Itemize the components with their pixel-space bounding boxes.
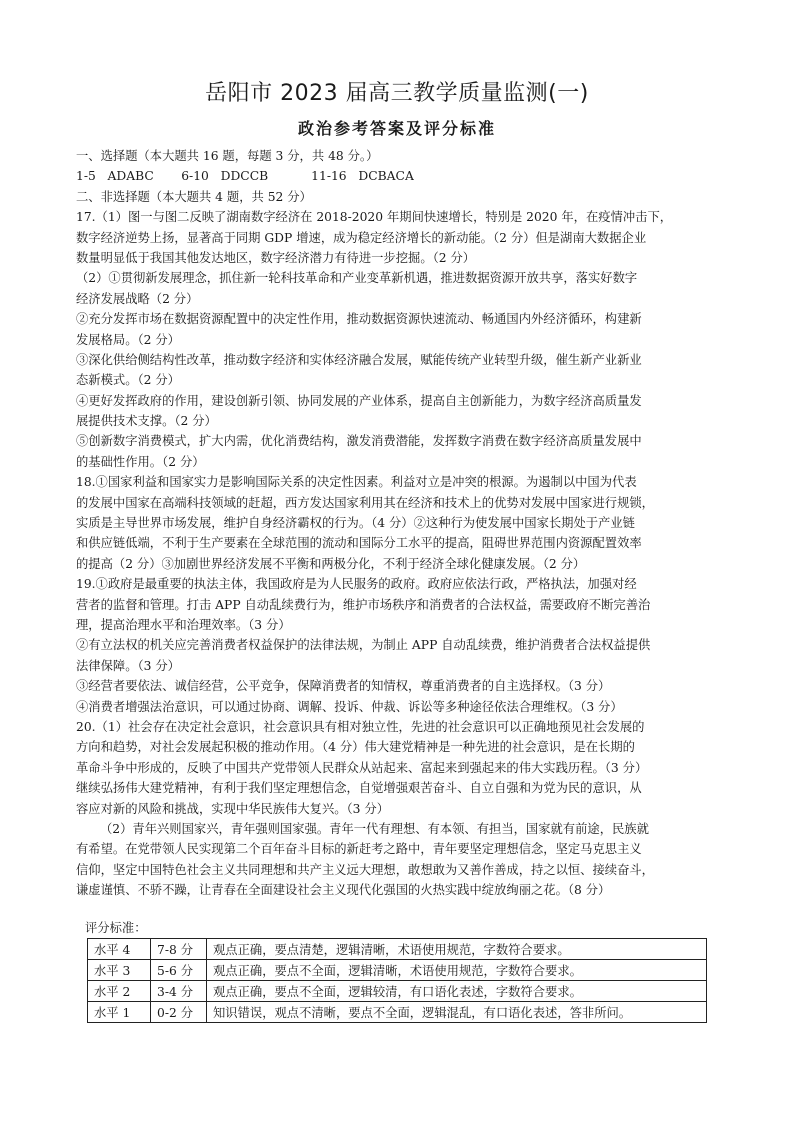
answer-keys: ADABC [108,169,154,183]
q18-line: 和供应链低端，不利于生产要素在全球范围的流动和国际分工水平的提高，阻碍世界范围内… [76,533,726,553]
answer-range: 6-10 [181,169,209,183]
document-subtitle: 政治参考答案及评分标准 [0,116,794,139]
level-cell: 水平 2 [88,981,151,1002]
q17-line: 经济发展战略（2 分） [76,289,726,309]
q19-line: 19.①政府是最重要的执法主体，我国政府是为人民服务的政府。政府应依法行政，严格… [76,574,726,594]
q17-line: （2）①贯彻新发展理念，抓住新一轮科技革命和产业变革新机遇，推进数据资源开放共享… [76,268,726,288]
q20-line: （2）青年兴则国家兴，青年强则国家强。青年一代有理想、有本领、有担当，国家就有前… [76,819,726,839]
q20-line: 革命斗争中形成的，反映了中国共产党带领人民群众从站起来、富起来到强起来的伟大实践… [76,758,726,778]
q20-line: 方向和趋势，对社会发展起积极的推动作用。（4 分）伟大建党精神是一种先进的社会意… [76,737,726,757]
score-cell: 3-4 分 [151,981,207,1002]
q20-line: 信仰，坚定中国特色社会主义共同理想和共产主义远大理想，敢想敢为又善作善成，持之以… [76,860,726,880]
document-title: 岳阳市 2023 届高三教学质量监测(一) [0,76,794,107]
q19-line: 法律保障。（3 分） [76,656,726,676]
q19-line: ③经营者要依法、诚信经营，公平竞争，保障消费者的知情权，尊重消费者的自主选择权。… [76,676,726,696]
q20-line: 容应对新的风险和挑战，实现中华民族伟大复兴。（3 分） [76,799,726,819]
rubric-label: 评分标准： [85,918,147,936]
q17-line: 展提供技术支撑。（2 分） [76,411,726,431]
description-cell: 观点正确，要点清楚，逻辑清晰，术语使用规范，字数符合要求。 [207,939,707,960]
q18-line: 的发展中国家在高端科技领域的赶超，西方发达国家利用其在经济和技术上的优势对发展中… [76,493,726,513]
answer-range: 1-5 [76,169,96,183]
level-cell: 水平 4 [88,939,151,960]
q19-line: 理，提高治理水平和治理效率。（3 分） [76,615,726,635]
section-heading-nonchoice: 二、非选择题（本大题共 4 题，共 52 分） [76,187,726,207]
score-cell: 0-2 分 [151,1002,207,1023]
answer-body: 一、选择题（本大题共 16 题，每题 3 分，共 48 分。） 1-5 ADAB… [76,146,726,900]
table-row: 水平 1 0-2 分 知识错误，观点不清晰，要点不全面，逻辑混乱，有口语化表述，… [88,1002,707,1023]
q20-line: 有希望。在党带领人民实现第二个百年奋斗目标的新赶考之路中，青年要坚定理想信念，坚… [76,839,726,859]
q17-line: 发展格局。（2 分） [76,330,726,350]
score-cell: 5-6 分 [151,960,207,981]
table-row: 水平 3 5-6 分 观点正确，要点不全面，逻辑清晰，术语使用规范，字数符合要求… [88,960,707,981]
answer-keys: DCBACA [358,169,413,183]
q17-line: 数量明显低于我国其他发达地区，数字经济潜力有待进一步挖掘。（2 分） [76,248,726,268]
description-cell: 知识错误，观点不清晰，要点不全面，逻辑混乱，有口语化表述，答非所问。 [207,1002,707,1023]
level-cell: 水平 1 [88,1002,151,1023]
description-cell: 观点正确，要点不全面，逻辑清晰，术语使用规范，字数符合要求。 [207,960,707,981]
section-heading-choice: 一、选择题（本大题共 16 题，每题 3 分，共 48 分。） [76,146,726,166]
table-row: 水平 2 3-4 分 观点正确，要点不全面，逻辑较清，有口语化表述，字数符合要求… [88,981,707,1002]
q17-line: ⑤创新数字消费模式，扩大内需，优化消费结构，激发消费潜能，发挥数字消费在数字经济… [76,431,726,451]
answer-keys: DDCCB [221,169,269,183]
rubric-table: 水平 4 7-8 分 观点正确，要点清楚，逻辑清晰，术语使用规范，字数符合要求。… [87,938,707,1023]
q17-line: 的基础性作用。（2 分） [76,452,726,472]
q20-line: 继续弘扬伟大建党精神，有利于我们坚定理想信念，自觉增强艰苦奋斗、自立自强和为党为… [76,778,726,798]
q18-line: 18.①国家利益和国家实力是影响国际关系的决定性因素。利益对立是冲突的根源。为遏… [76,472,726,492]
q18-line: 实质是主导世界市场发展，维护自身经济霸权的行为。（4 分）②这种行为使发展中国家… [76,513,726,533]
q19-line: ②有立法权的机关应完善消费者权益保护的法律法规，为制止 APP 自动乱续费，维护… [76,635,726,655]
q17-line: ②充分发挥市场在数据资源配置中的决定性作用，推动数据资源快速流动、畅通国内外经济… [76,309,726,329]
q17-line: 数字经济逆势上扬，显著高于同期 GDP 增速，成为稳定经济增长的新动能。（2 分… [76,228,726,248]
q17-line: ④更好发挥政府的作用，建设创新引领、协同发展的产业体系，提高自主创新能力，为数字… [76,391,726,411]
q17-line: ③深化供给侧结构性改革，推动数字经济和实体经济融合发展，赋能传统产业转型升级，催… [76,350,726,370]
q18-line: 的提高（2 分）③加剧世界经济发展不平衡和两极分化，不利于经济全球化健康发展。（… [76,554,726,574]
q20-line: 20.（1）社会存在决定社会意识，社会意识具有相对独立性，先进的社会意识可以正确… [76,717,726,737]
q20-line: 谦虚谨慎、不骄不躁，让青春在全面建设社会主义现代化强国的火热实践中绽放绚丽之花。… [76,880,726,900]
q19-line: ④消费者增强法治意识，可以通过协商、调解、投诉、仲裁、诉讼等多种途径依法合理维权… [76,697,726,717]
q17-line: 态新模式。（2 分） [76,370,726,390]
description-cell: 观点正确，要点不全面，逻辑较清，有口语化表述，字数符合要求。 [207,981,707,1002]
level-cell: 水平 3 [88,960,151,981]
q19-line: 营者的监督和管理。打击 APP 自动乱续费行为，维护市场秩序和消费者的合法权益，… [76,595,726,615]
score-cell: 7-8 分 [151,939,207,960]
answer-range: 11-16 [311,169,346,183]
q17-line: 17.（1）图一与图二反映了湖南数字经济在 2018-2020 年期间快速增长，… [76,207,726,227]
choice-answers: 1-5 ADABC 6-10 DDCCB 11-16 DCBACA [76,166,726,186]
table-row: 水平 4 7-8 分 观点正确，要点清楚，逻辑清晰，术语使用规范，字数符合要求。 [88,939,707,960]
